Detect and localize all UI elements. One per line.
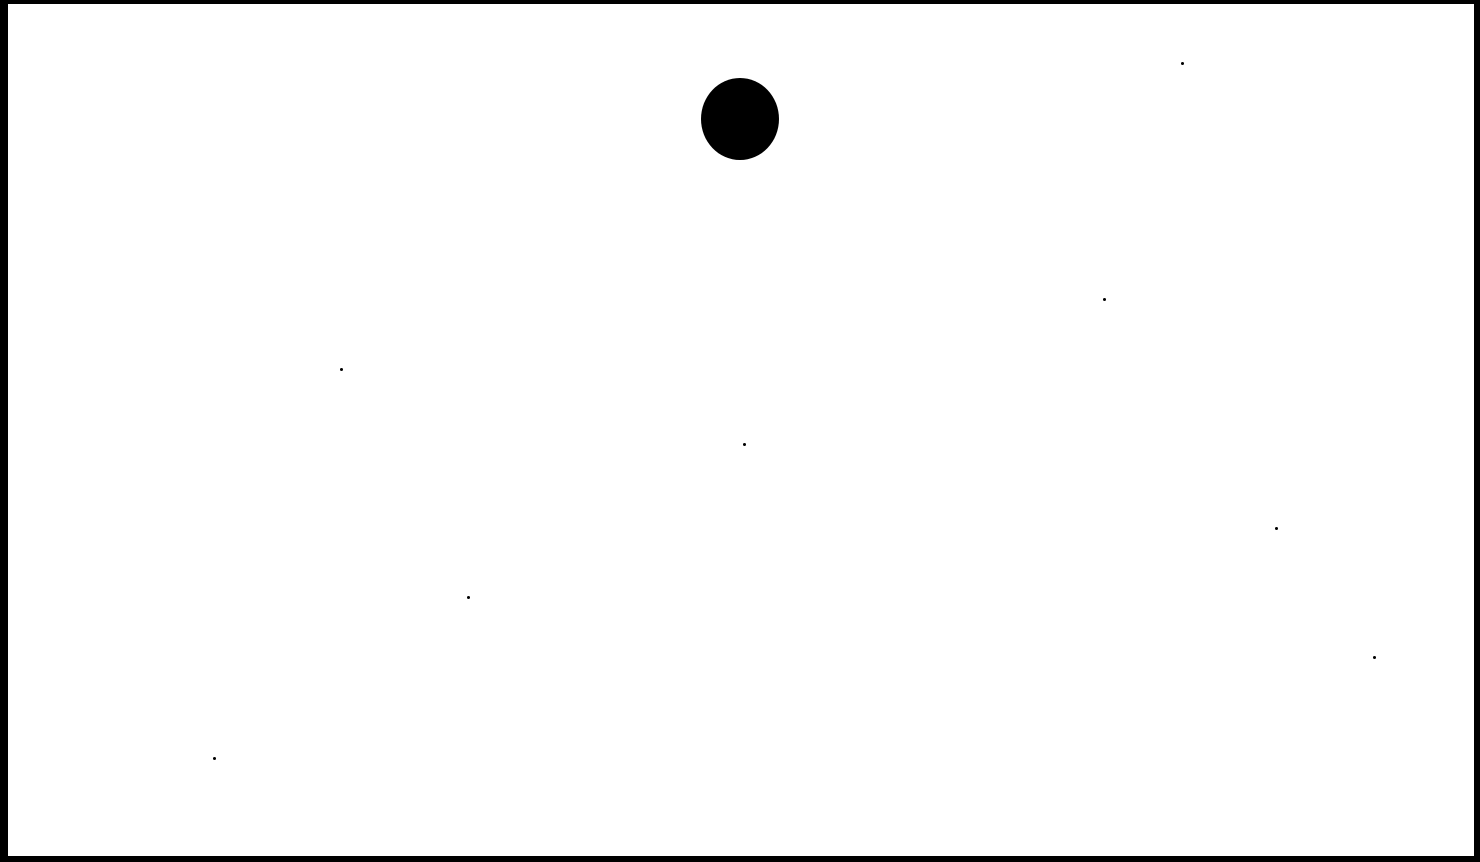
- black-spot: [701, 78, 779, 160]
- noise-speck: [1275, 527, 1278, 530]
- noise-speck: [743, 443, 746, 446]
- noise-speck: [1181, 62, 1184, 65]
- noise-speck: [467, 596, 470, 599]
- noise-speck: [1373, 656, 1376, 659]
- noise-speck: [213, 757, 216, 760]
- noise-speck: [1103, 298, 1106, 301]
- noise-speck: [340, 368, 343, 371]
- blank-card: [8, 4, 1474, 856]
